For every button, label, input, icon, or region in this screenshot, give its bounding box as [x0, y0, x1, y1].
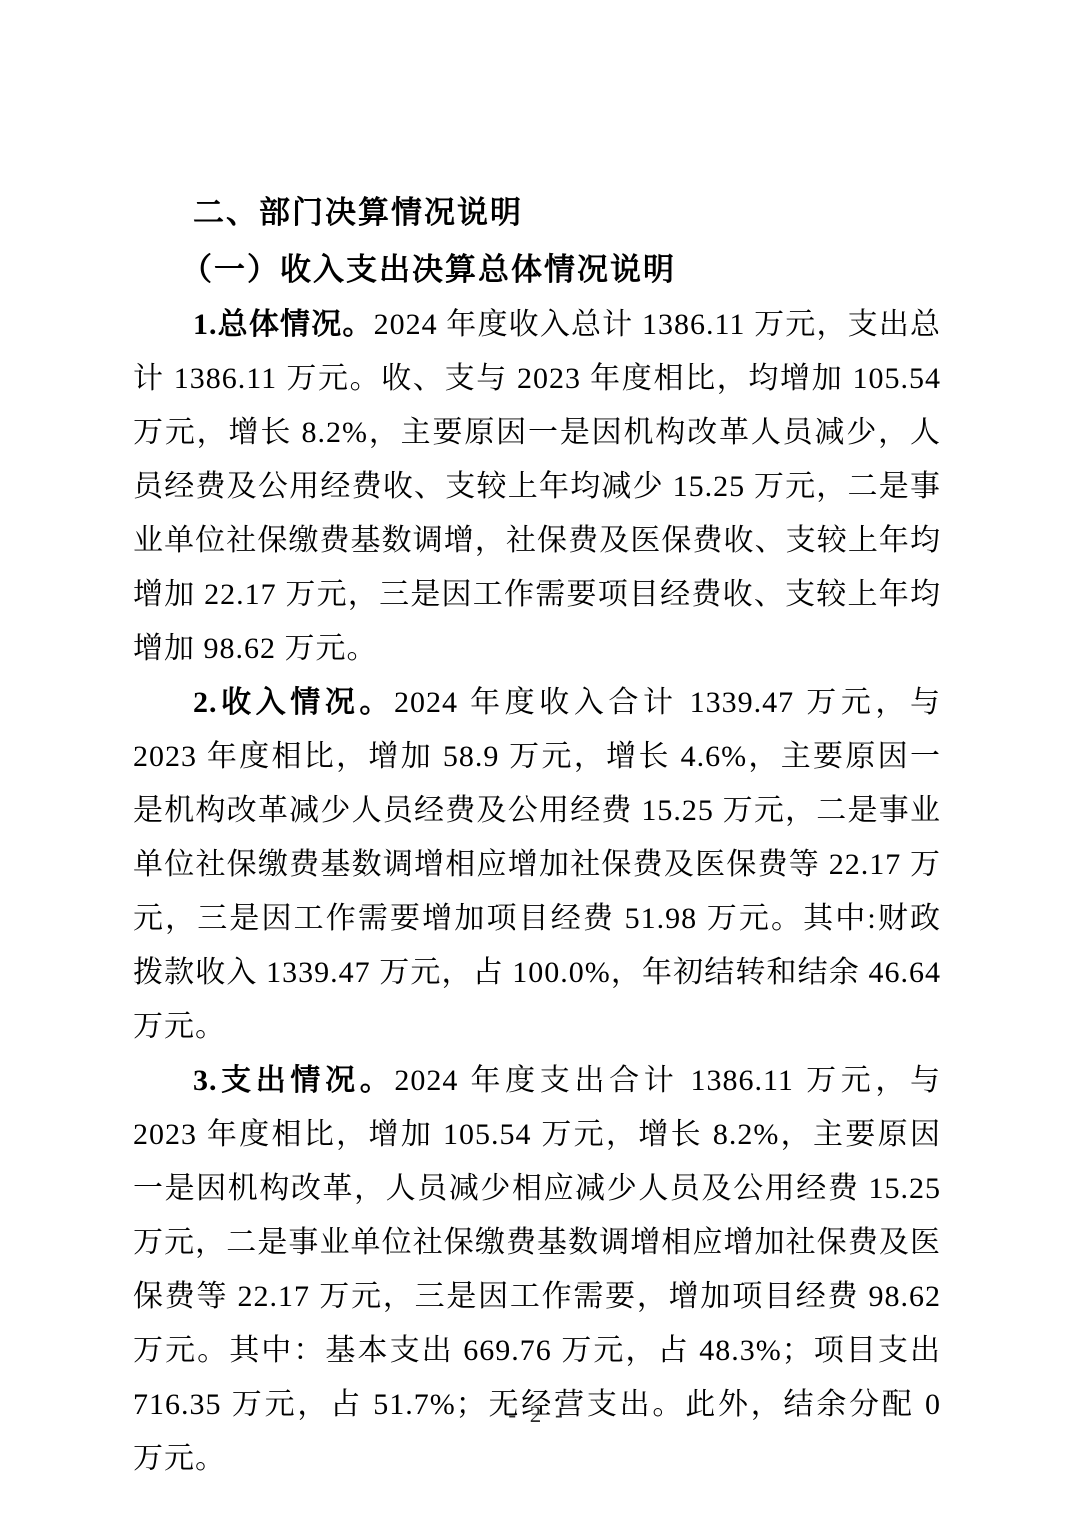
section-heading: 二、部门决算情况说明 [133, 184, 941, 242]
paragraph-income-lead: 2.收入情况。 [193, 686, 394, 719]
paragraph-expenditure-lead: 3.支出情况。 [193, 1064, 394, 1097]
document-body: 二、部门决算情况说明 （一）收入支出决算总体情况说明 1.总体情况。2024 年… [133, 184, 941, 1486]
paragraph-overall-text: 2024 年度收入总计 1386.11 万元，支出总计 1386.11 万元。收… [133, 308, 941, 665]
paragraph-overall-lead: 1.总体情况。 [193, 308, 374, 341]
document-page: 二、部门决算情况说明 （一）收入支出决算总体情况说明 1.总体情况。2024 年… [0, 0, 1075, 1520]
paragraph-income-text: 2024 年度收入合计 1339.47 万元，与 2023 年度相比，增加 58… [133, 686, 941, 1043]
page-number: - 2 - [0, 1400, 1075, 1430]
subsection-heading: （一）收入支出决算总体情况说明 [133, 242, 941, 298]
paragraph-income-situation: 2.收入情况。2024 年度收入合计 1339.47 万元，与 2023 年度相… [133, 676, 941, 1054]
paragraph-overall-situation: 1.总体情况。2024 年度收入总计 1386.11 万元，支出总计 1386.… [133, 298, 941, 676]
